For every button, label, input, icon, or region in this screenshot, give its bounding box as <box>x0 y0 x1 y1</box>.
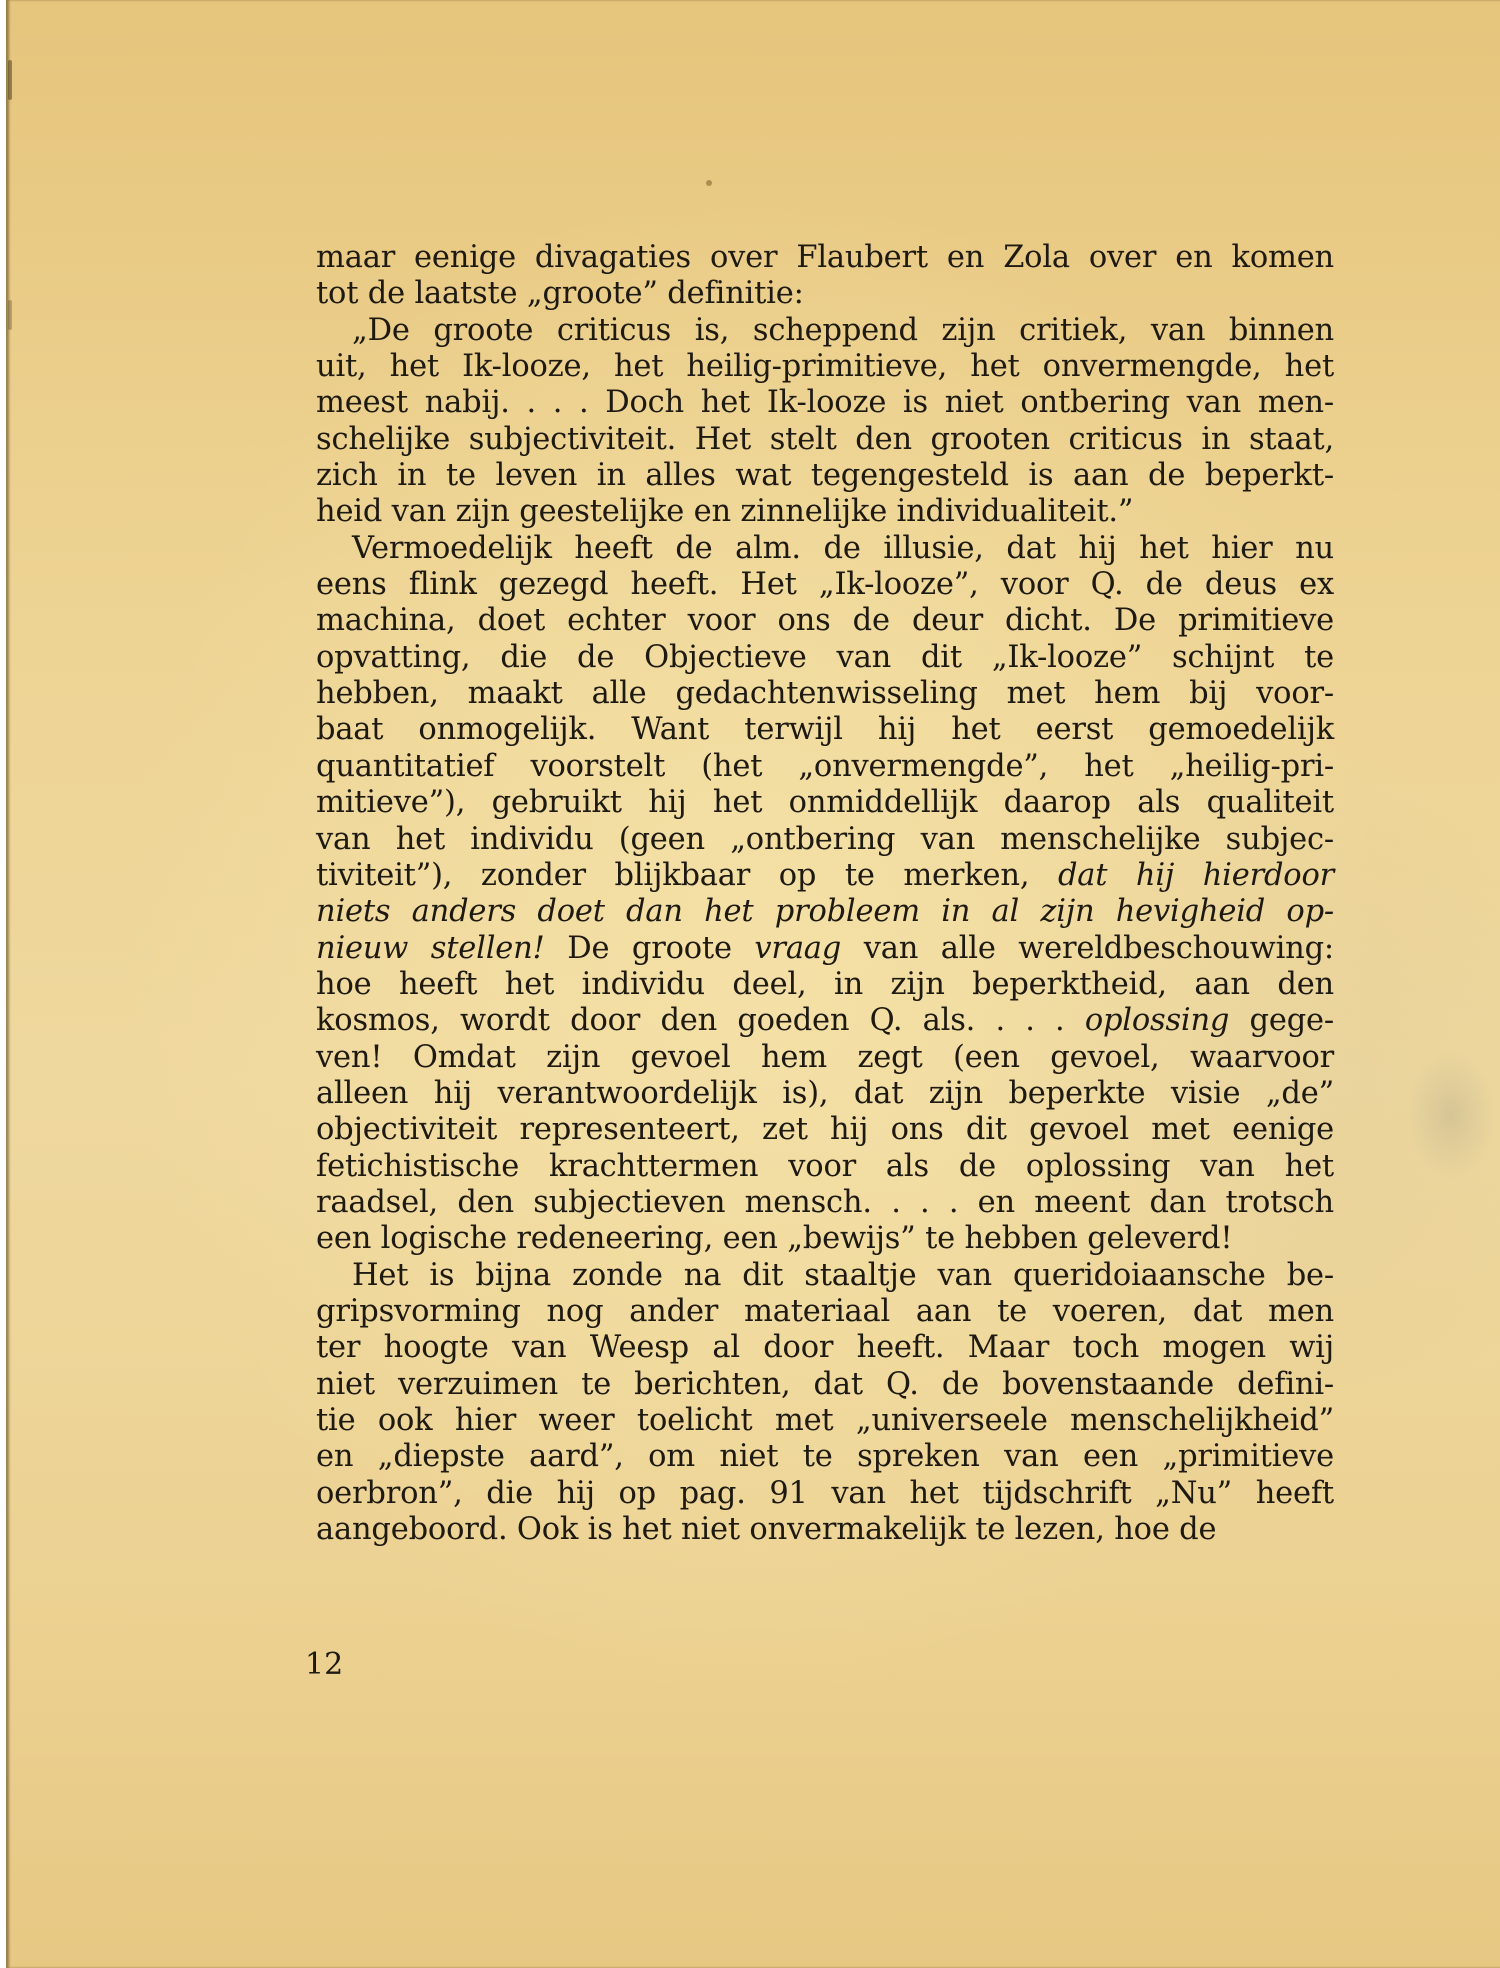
text-run: Het is bijna zonde na dit staaltje van q… <box>352 1258 1334 1293</box>
text-run: kosmos, wordt door den goeden Q. als. . … <box>316 1003 1085 1038</box>
paragraph-p4: Het is bijna zonde na dit staaltje van q… <box>316 1258 1334 1549</box>
text-run: en „diepste aard”, om niet te spreken va… <box>316 1439 1334 1474</box>
text-run: objectiviteit representeert, zet hij ons… <box>316 1112 1334 1147</box>
text-run: fetichistische krachttermen voor als de … <box>316 1149 1334 1184</box>
text-run: De groote <box>545 931 755 966</box>
text-line: quantitatief voorstelt (het „onvermengde… <box>316 749 1334 785</box>
text-run: hoe heeft het individu deel, in zijn bep… <box>316 967 1334 1002</box>
text-run: van alle wereldbeschouwing: <box>841 931 1334 966</box>
text-run: alleen hij verantwoordelijk is), dat zij… <box>316 1076 1334 1111</box>
text-run: tot de laatste „groote” definitie: <box>316 276 804 311</box>
text-line: machina, doet echter voor ons de deur di… <box>316 603 1334 639</box>
text-line: maar eenige divagaties over Flaubert en … <box>316 240 1334 276</box>
text-line: zich in te leven in alles wat tegengeste… <box>316 458 1334 494</box>
text-run: van het individu (geen „ontbering van me… <box>316 822 1334 857</box>
text-run: mitieve”), gebruikt hij het onmiddellijk… <box>316 785 1334 820</box>
text-run: gege- <box>1229 1003 1334 1038</box>
text-run: meest nabij. . . . Doch het Ik-looze is … <box>316 385 1334 420</box>
text-run: baat onmogelijk. Want terwijl hij het ee… <box>316 712 1334 747</box>
paragraph-p3: Vermoedelijk heeft de alm. de illusie, d… <box>316 531 1334 1258</box>
page-edge-shadow <box>8 60 12 100</box>
text-run: opvatting, die de Objectieve van dit „Ik… <box>316 640 1334 675</box>
text-line: van het individu (geen „ontbering van me… <box>316 822 1334 858</box>
text-line: een logische redeneering, een „bewijs” t… <box>316 1221 1334 1257</box>
italic-text: nieuw stellen! <box>316 931 545 966</box>
text-line: schelijke subjectiviteit. Het stelt den … <box>316 422 1334 458</box>
text-line: niets anders doet dan het probleem in al… <box>316 894 1334 930</box>
text-run: schelijke subjectiviteit. Het stelt den … <box>316 422 1334 457</box>
text-line: objectiviteit representeert, zet hij ons… <box>316 1112 1334 1148</box>
text-run: „De groote criticus is, scheppend zijn c… <box>352 313 1334 348</box>
page-number: 12 <box>305 1647 343 1682</box>
italic-text: niets anders doet dan het probleem in al… <box>316 894 1334 929</box>
text-line: Het is bijna zonde na dit staaltje van q… <box>316 1258 1334 1294</box>
text-run: een logische redeneering, een „bewijs” t… <box>316 1221 1232 1256</box>
text-line: en „diepste aard”, om niet te spreken va… <box>316 1439 1334 1475</box>
text-run: gripsvorming nog ander materiaal aan te … <box>316 1294 1334 1329</box>
paragraph-p1: maar eenige divagaties over Flaubert en … <box>316 240 1334 313</box>
text-run: ven! Omdat zijn gevoel hem zegt (een gev… <box>316 1040 1334 1075</box>
italic-text: vraag <box>754 931 841 966</box>
text-line: eens flink gezegd heeft. Het „Ik-looze”,… <box>316 567 1334 603</box>
text-run: tie ook hier weer toelicht met „universe… <box>316 1403 1334 1438</box>
text-line: tie ook hier weer toelicht met „universe… <box>316 1403 1334 1439</box>
text-run: heid van zijn geestelijke en zinnelijke … <box>316 494 1133 529</box>
text-line: baat onmogelijk. Want terwijl hij het ee… <box>316 712 1334 748</box>
text-line: fetichistische krachttermen voor als de … <box>316 1149 1334 1185</box>
text-run: ter hoogte van Weesp al door heeft. Maar… <box>316 1330 1334 1365</box>
text-run: tiviteit”), zonder blijkbaar op te merke… <box>316 858 1058 893</box>
text-line: alleen hij verantwoordelijk is), dat zij… <box>316 1076 1334 1112</box>
text-line: meest nabij. . . . Doch het Ik-looze is … <box>316 385 1334 421</box>
text-line: opvatting, die de Objectieve van dit „Ik… <box>316 640 1334 676</box>
text-line: tot de laatste „groote” definitie: <box>316 276 1334 312</box>
text-line: niet verzuimen te berichten, dat Q. de b… <box>316 1367 1334 1403</box>
text-run: hebben, maakt alle gedachtenwisseling me… <box>316 676 1334 711</box>
text-line: Vermoedelijk heeft de alm. de illusie, d… <box>316 531 1334 567</box>
text-line: mitieve”), gebruikt hij het onmiddellijk… <box>316 785 1334 821</box>
text-run: machina, doet echter voor ons de deur di… <box>316 603 1334 638</box>
text-line: hebben, maakt alle gedachtenwisseling me… <box>316 676 1334 712</box>
text-run: maar eenige divagaties over Flaubert en … <box>316 240 1334 275</box>
text-line: kosmos, wordt door den goeden Q. als. . … <box>316 1003 1334 1039</box>
text-run: eens flink gezegd heeft. Het „Ik-looze”,… <box>316 567 1334 602</box>
text-run: niet verzuimen te berichten, dat Q. de b… <box>316 1367 1334 1402</box>
text-line: tiviteit”), zonder blijkbaar op te merke… <box>316 858 1334 894</box>
text-run: aangeboord. Ook is het niet onvermakelij… <box>316 1512 1216 1547</box>
page-edge-shadow <box>8 300 12 330</box>
text-line: oerbron”, die hij op pag. 91 van het tij… <box>316 1476 1334 1512</box>
text-line: aangeboord. Ook is het niet onvermakelij… <box>316 1512 1334 1548</box>
body-text: maar eenige divagaties over Flaubert en … <box>316 240 1334 1548</box>
text-line: „De groote criticus is, scheppend zijn c… <box>316 313 1334 349</box>
text-line: uit, het Ik-looze, het heilig-primitieve… <box>316 349 1334 385</box>
paragraph-p2-quote: „De groote criticus is, scheppend zijn c… <box>316 313 1334 531</box>
text-run: uit, het Ik-looze, het heilig-primitieve… <box>316 349 1334 384</box>
paper-stain <box>1406 1050 1496 1180</box>
text-line: gripsvorming nog ander materiaal aan te … <box>316 1294 1334 1330</box>
italic-text: dat hij hierdoor <box>1058 858 1334 893</box>
text-line: hoe heeft het individu deel, in zijn bep… <box>316 967 1334 1003</box>
text-line: nieuw stellen! De groote vraag van alle … <box>316 931 1334 967</box>
text-line: ter hoogte van Weesp al door heeft. Maar… <box>316 1330 1334 1366</box>
text-line: ven! Omdat zijn gevoel hem zegt (een gev… <box>316 1040 1334 1076</box>
text-run: oerbron”, die hij op pag. 91 van het tij… <box>316 1476 1334 1511</box>
text-run: Vermoedelijk heeft de alm. de illusie, d… <box>352 531 1334 566</box>
text-run: raadsel, den subjectieven mensch. . . . … <box>316 1185 1334 1220</box>
italic-text: oplossing <box>1085 1003 1229 1038</box>
text-run: zich in te leven in alles wat tegengeste… <box>316 458 1334 493</box>
paper-stain <box>706 180 712 186</box>
text-line: heid van zijn geestelijke en zinnelijke … <box>316 494 1334 530</box>
text-run: quantitatief voorstelt (het „onvermengde… <box>316 749 1334 784</box>
text-line: raadsel, den subjectieven mensch. . . . … <box>316 1185 1334 1221</box>
